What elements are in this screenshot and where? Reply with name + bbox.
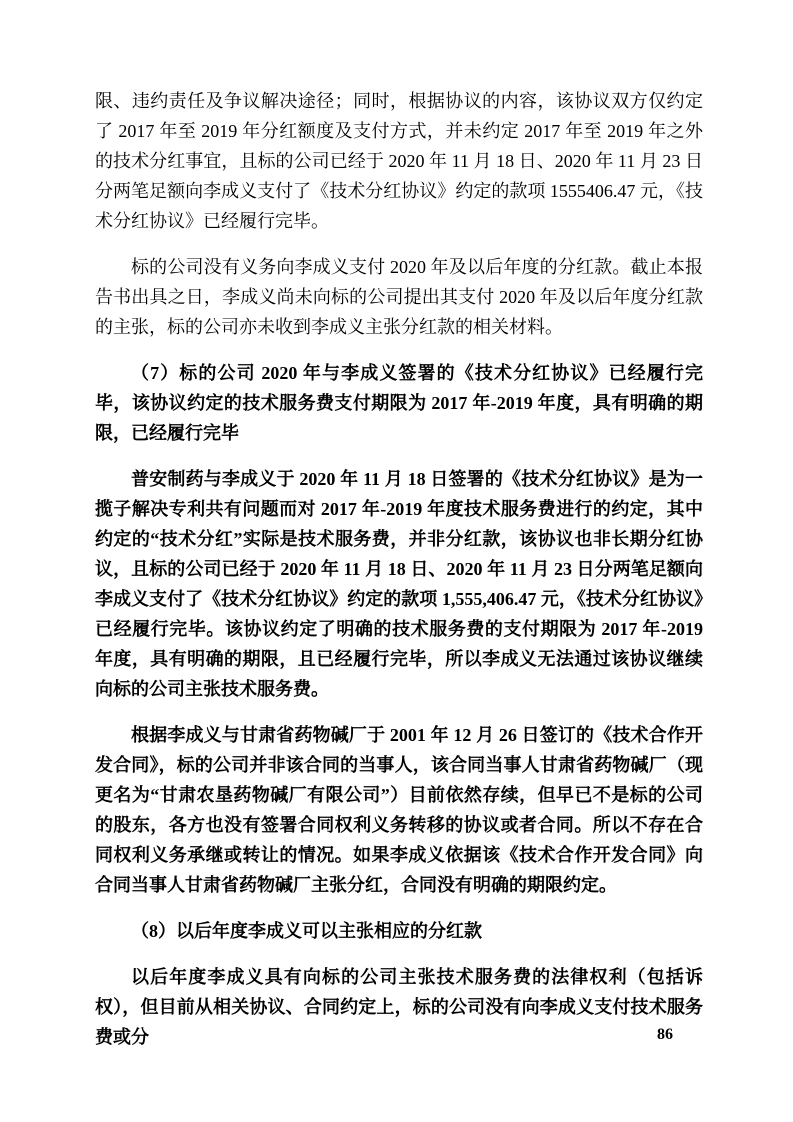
paragraph: 以后年度李成义具有向标的公司主张技术服务费的法律权利（包括诉权），但目前从相关协… [95,962,703,1052]
document-body: 限、违约责任及争议解决途径；同时，根据协议的内容，该协议双方仅约定了 2017 … [95,86,703,1068]
paragraph-continuation: 限、违约责任及争议解决途径；同时，根据协议的内容，该协议双方仅约定了 2017 … [95,86,703,236]
page-number: 86 [657,1026,673,1044]
paragraph: 普安制药与李成义于 2020 年 11 月 18 日签署的《技术分红协议》是为一… [95,464,703,704]
paragraph: 标的公司没有义务向李成义支付 2020 年及以后年度的分红款。截止本报告书出具之… [95,252,703,342]
section-heading-7: （7）标的公司 2020 年与李成义签署的《技术分红协议》已经履行完毕，该协议约… [95,358,703,448]
section-heading-8: （8）以后年度李成义可以主张相应的分红款 [95,916,703,946]
paragraph: 根据李成义与甘肃省药物碱厂于 2001 年 12 月 26 日签订的《技术合作开… [95,720,703,900]
document-page: 限、违约责任及争议解决途径；同时，根据协议的内容，该协议双方仅约定了 2017 … [0,0,793,1122]
